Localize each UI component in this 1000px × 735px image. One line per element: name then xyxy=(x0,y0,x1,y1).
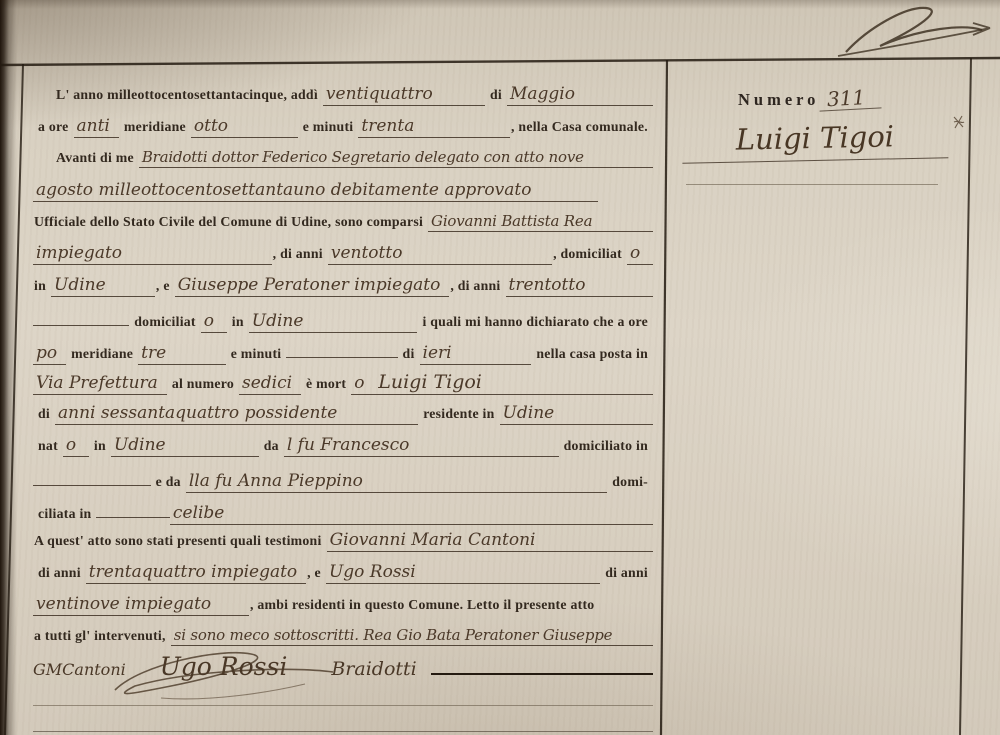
handwritten-entry: Braidotti dottor Federico Segretario del… xyxy=(139,150,653,168)
handwritten-entry: Via Prefettura xyxy=(33,375,167,395)
witness2-signature: Ugo Rossi xyxy=(160,654,288,679)
printed-label: nat xyxy=(33,438,63,453)
margin-deceased-name: Luigi Tigoi xyxy=(682,121,949,164)
handwritten-entry: anni sessantaquattro possidente xyxy=(55,405,418,425)
form-line: ventinove impiegato , ambi residenti in … xyxy=(33,588,653,620)
form-line: A quest' atto sono stati presenti quali … xyxy=(33,524,653,556)
handwritten-entry: po xyxy=(33,345,66,365)
printed-label: i quali mi hanno dichiarato che a ore xyxy=(417,314,653,329)
handwritten-entry: Giovanni Maria Cantoni xyxy=(327,532,653,552)
printed-label: è mort xyxy=(301,376,351,391)
printed-label: al numero xyxy=(167,376,239,391)
handwritten-entry: agosto milleottocentosettantauno debitam… xyxy=(33,182,598,202)
handwritten-entry: Ugo Rossi xyxy=(326,564,600,584)
handwritten-entry: Udine xyxy=(111,437,259,457)
printed-label: di anni xyxy=(600,565,653,580)
printed-label: Ufficiale dello Stato Civile del Comune … xyxy=(33,214,428,229)
handwritten-entry: Udine xyxy=(249,313,418,333)
printed-label: , e xyxy=(306,565,326,580)
empty-ruled-line xyxy=(33,688,653,706)
ruled-blank xyxy=(33,309,129,326)
form-line: a ore anti meridiane otto e minuti trent… xyxy=(33,110,653,142)
printed-label: A quest' atto sono stati presenti quali … xyxy=(33,533,327,548)
form-line: Ufficiale dello Stato Civile del Comune … xyxy=(33,206,653,238)
printed-label: L' anno milleottocentosettantacinque, ad… xyxy=(51,87,323,102)
handwritten-entry: ventinove impiegato xyxy=(33,596,249,616)
handwritten-entry: Maggio xyxy=(507,86,653,106)
form-line: nat o in Udine da l fu Francesco domicil… xyxy=(33,429,653,461)
printed-label: di xyxy=(398,346,420,361)
printed-label: , nella Casa comunale. xyxy=(510,119,653,134)
printed-label: domiciliat xyxy=(129,314,201,329)
ink-mark xyxy=(952,114,966,130)
printed-label: meridiane xyxy=(66,346,138,361)
ruled-blank xyxy=(96,501,169,518)
ruled-blank xyxy=(286,341,397,358)
printed-label: a tutti gl' intervenuti, xyxy=(33,628,171,643)
printed-label: , di anni xyxy=(449,278,505,293)
ruled-blank xyxy=(431,657,653,675)
form-line: impiegato , di anni ventotto , domicilia… xyxy=(33,237,653,269)
handwritten-entry: otto xyxy=(191,118,298,138)
handwritten-entry: lla fu Anna Pieppino xyxy=(186,473,607,493)
handwritten-entry: tre xyxy=(138,345,226,365)
handwritten-entry: Giovanni Battista Rea xyxy=(428,214,653,232)
handwritten-entry: o xyxy=(201,313,227,333)
printed-label: in xyxy=(33,278,51,293)
form-line: domiciliat o in Udine i quali mi hanno d… xyxy=(33,301,653,333)
handwritten-entry: Giuseppe Peratoner impiegato xyxy=(175,277,450,297)
witness1-signature: GMCantoni xyxy=(33,662,126,678)
handwritten-entry: trenta xyxy=(358,118,510,138)
printed-label: di xyxy=(485,87,507,102)
handwritten-entry: ieri xyxy=(420,345,532,365)
printed-label: e minuti xyxy=(298,119,359,134)
death-record-scan: L' anno milleottocentosettantacinque, ad… xyxy=(0,0,1000,735)
printed-label: ciliata in xyxy=(33,506,96,521)
act-body: L' anno milleottocentosettantacinque, ad… xyxy=(33,78,653,732)
margin-column: Numero 311 Luigi Tigoi xyxy=(680,70,970,185)
printed-label: da xyxy=(259,438,284,453)
handwritten-entry: celibe xyxy=(170,505,653,525)
printed-label: e minuti xyxy=(226,346,287,361)
form-line: Via Prefettura al numero sedici è mort o… xyxy=(33,365,653,397)
printed-label: di anni xyxy=(33,565,86,580)
handwritten-entry: ventiquattro xyxy=(323,86,485,106)
printed-label: , domiciliat xyxy=(552,246,627,261)
numero-row: Numero 311 xyxy=(738,88,970,110)
signatures-line: GMCantoni Ugo Rossi Braidotti xyxy=(33,652,653,688)
handwritten-entry: l fu Francesco xyxy=(284,437,559,457)
printed-label: residente in xyxy=(418,406,499,421)
handwritten-entry: Udine xyxy=(500,405,653,425)
form-line: a tutti gl' intervenuti, si sono meco so… xyxy=(33,620,653,652)
printed-label: , ambi residenti in questo Comune. Letto… xyxy=(249,597,599,612)
handwritten-entry: o xyxy=(351,375,375,395)
handwritten-entry: o xyxy=(63,437,89,457)
form-line: e da lla fu Anna Pieppino domi- xyxy=(33,461,653,493)
printed-label: meridiane xyxy=(119,119,191,134)
form-line: L' anno milleottocentosettantacinque, ad… xyxy=(33,78,653,110)
numero-label: Numero xyxy=(738,92,819,109)
printed-label: Avanti di me xyxy=(51,150,139,165)
pen-flourish-icon xyxy=(832,2,997,60)
printed-label: e da xyxy=(151,474,186,489)
printed-label: di xyxy=(33,406,55,421)
printed-label: , e xyxy=(155,278,175,293)
printed-label: nella casa posta in xyxy=(531,346,653,361)
handwritten-entry: trentotto xyxy=(506,277,654,297)
handwritten-entry: anti xyxy=(74,118,119,138)
handwritten-entry: Luigi Tigoi xyxy=(375,373,653,395)
numero-value: 311 xyxy=(819,86,882,111)
handwritten-entry: trentaquattro impiegato xyxy=(86,564,306,584)
form-line: po meridiane tre e minuti di ieri nella … xyxy=(33,333,653,365)
ruled-blank xyxy=(33,469,151,486)
handwritten-entry: Udine xyxy=(51,277,155,297)
handwritten-entry: o xyxy=(627,245,653,265)
handwritten-entry: ventotto xyxy=(328,245,552,265)
printed-label: in xyxy=(89,438,111,453)
form-line: di anni trentaquattro impiegato , e Ugo … xyxy=(33,556,653,588)
form-line: Avanti di me Braidotti dottor Federico S… xyxy=(33,142,653,174)
form-line: agosto milleottocentosettantauno debitam… xyxy=(33,174,653,206)
official-signature: Braidotti xyxy=(331,660,416,679)
printed-label: , di anni xyxy=(272,246,328,261)
printed-label: domiciliato in xyxy=(559,438,653,453)
form-line: in Udine , e Giuseppe Peratoner impiegat… xyxy=(33,269,653,301)
empty-ruled-line xyxy=(33,706,653,732)
form-line: ciliata in celibe xyxy=(33,493,653,525)
form-line: di anni sessantaquattro possidente resid… xyxy=(33,397,653,429)
handwritten-entry: impiegato xyxy=(33,245,272,265)
handwritten-entry: sedici xyxy=(239,375,301,395)
printed-label: domi- xyxy=(607,474,653,489)
printed-label: in xyxy=(227,314,249,329)
empty-ruled-line xyxy=(686,184,938,185)
printed-label: a ore xyxy=(33,119,74,134)
handwritten-entry: si sono meco sottoscritti. Rea Gio Bata … xyxy=(171,628,653,646)
